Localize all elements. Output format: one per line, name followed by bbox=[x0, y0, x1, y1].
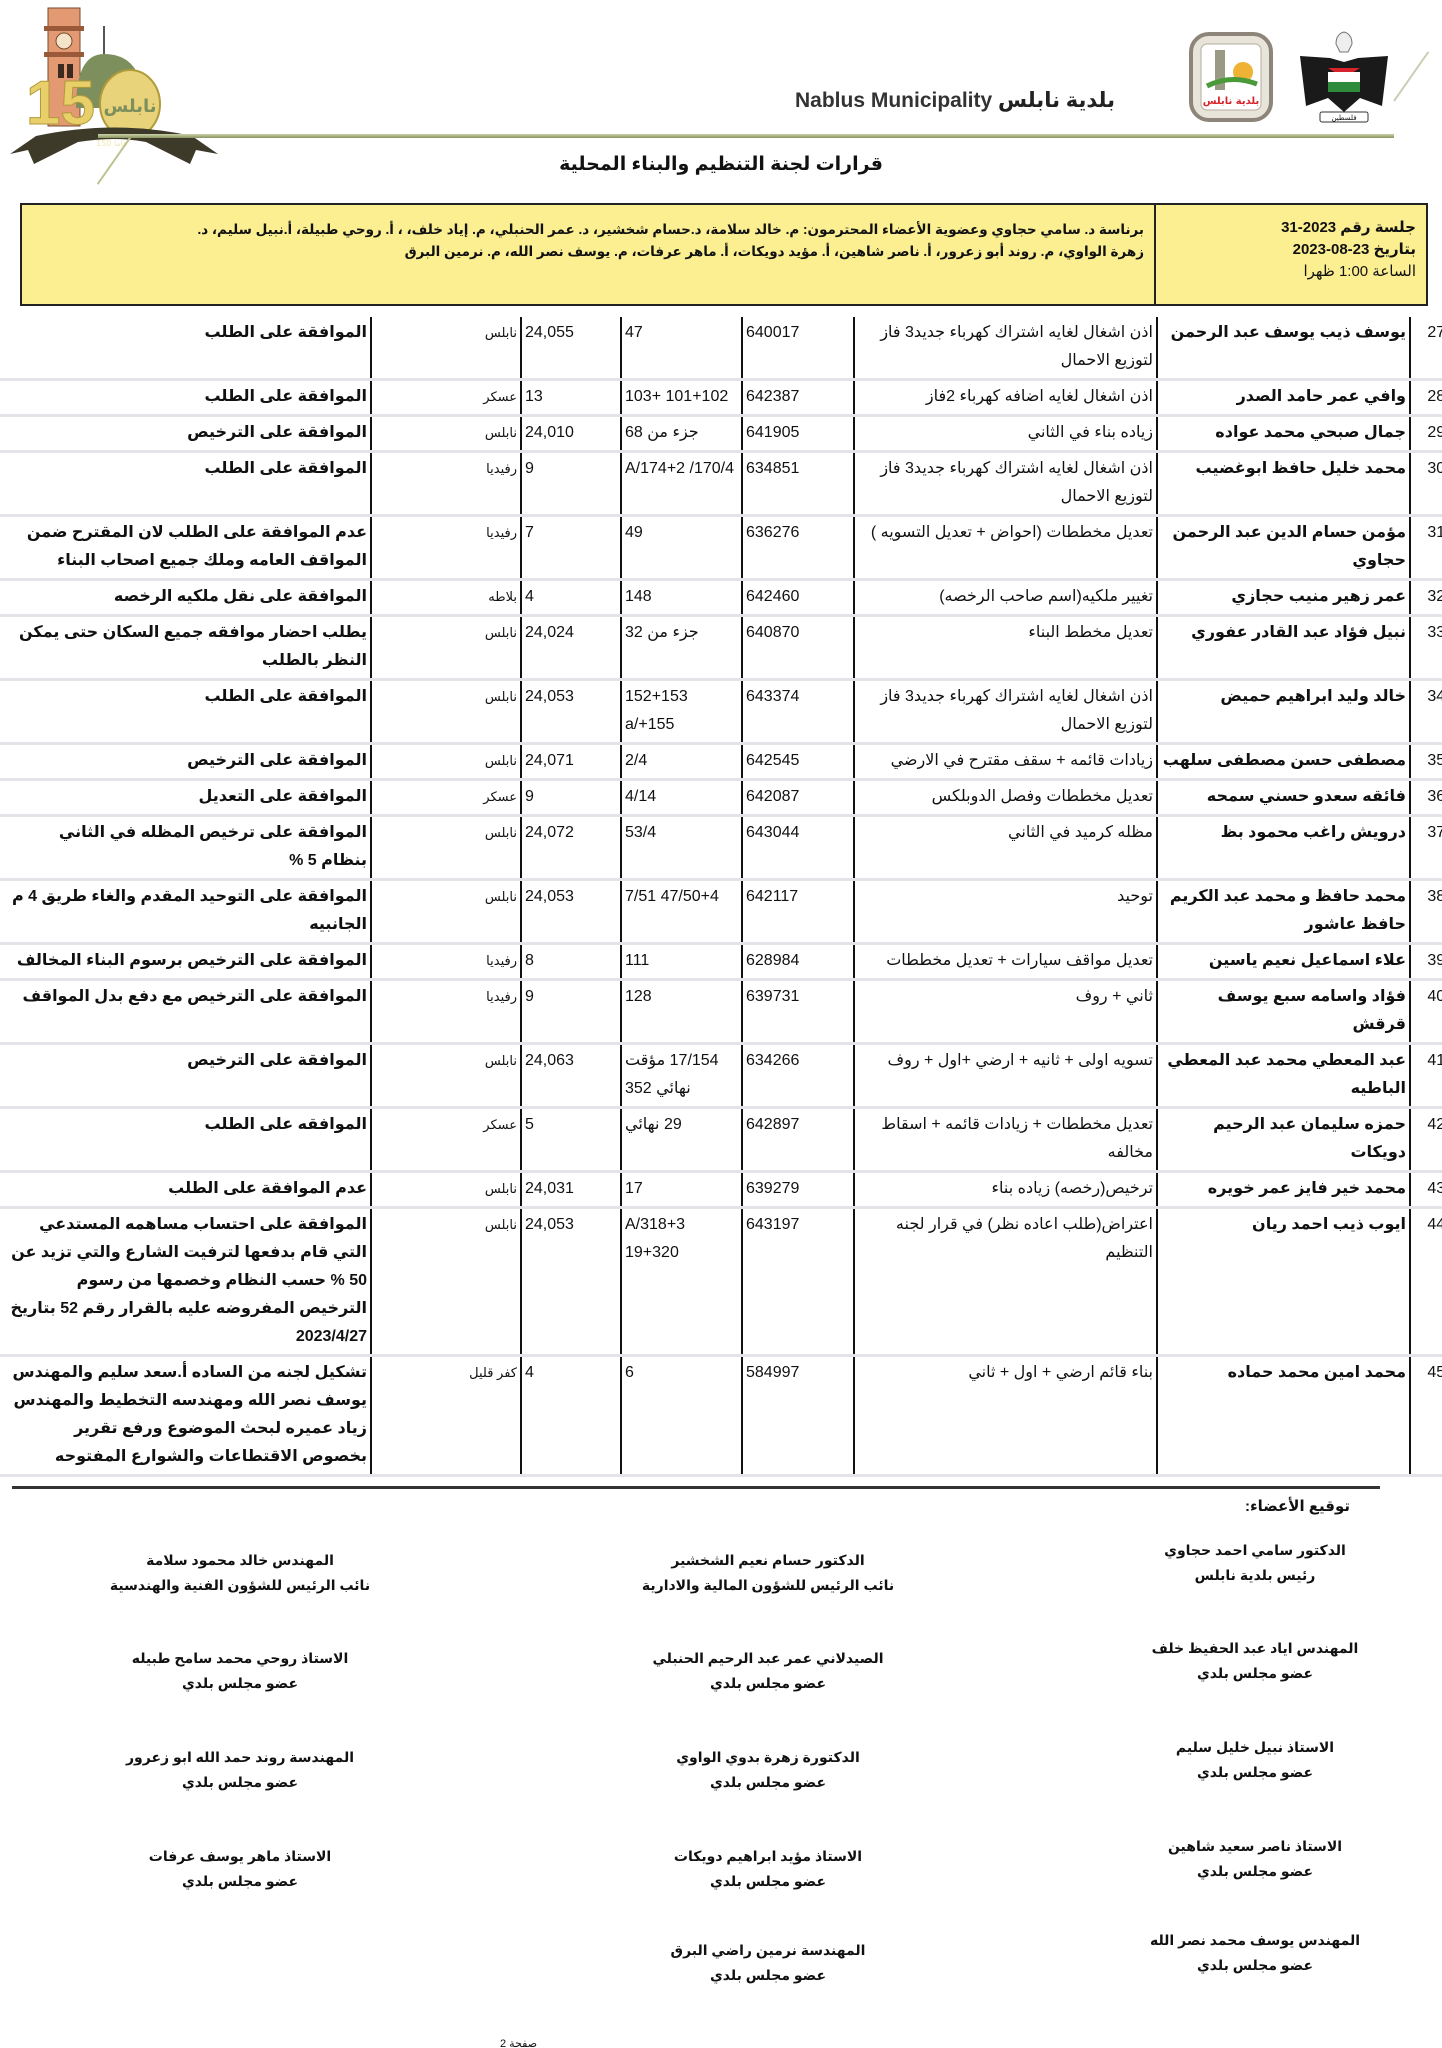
basin-number: 24,053 bbox=[521, 680, 621, 744]
applicant-name: نبيل فؤاد عبد القادر عفوري bbox=[1157, 616, 1410, 680]
basin-number: 13 bbox=[521, 380, 621, 416]
signatory-title: رئيس بلدية نابلس bbox=[1105, 1563, 1405, 1588]
session-number: جلسة رقم 2023-31 bbox=[1166, 217, 1416, 239]
signature-entry: الاستاذ ماهر يوسف عرفاتعضو مجلس بلدي bbox=[90, 1844, 390, 1894]
signatory-title: عضو مجلس بلدي bbox=[90, 1770, 390, 1795]
decision-text: تشكيل لجنه من الساده أ.سعد سليم والمهندس… bbox=[6, 1356, 371, 1476]
plot-number: A/318+3 19+320 bbox=[621, 1208, 742, 1356]
area-name: نابلس bbox=[371, 416, 521, 452]
table-row: 36فائقه سعدو حسني سمحهتعديل مخططات وفصل … bbox=[0, 780, 1442, 816]
application-number: 640870 bbox=[742, 616, 854, 680]
area-name: نابلس bbox=[371, 680, 521, 744]
decision-text: الموافقة على نقل ملكيه الرخصه bbox=[6, 580, 371, 616]
session-info-box: جلسة رقم 2023-31 بتاريخ 23-08-2023 الساع… bbox=[20, 203, 1428, 306]
basin-number: 4 bbox=[521, 580, 621, 616]
signature-entry: المهندس اياد عبد الحفيظ خلفعضو مجلس بلدي bbox=[1105, 1636, 1405, 1686]
signatory-name: المهندس اياد عبد الحفيظ خلف bbox=[1105, 1636, 1405, 1661]
page-number: صفحة 2 bbox=[500, 2037, 537, 2048]
brand-name-ar: بلدية نابلس bbox=[998, 89, 1115, 112]
area-name: رفيديا bbox=[371, 516, 521, 580]
area-name: عسكر bbox=[371, 1108, 521, 1172]
request-description: تعديل مخططات وفصل الدوبلكس bbox=[854, 780, 1157, 816]
table-row-pad bbox=[0, 380, 6, 416]
area-name: نابلس bbox=[371, 317, 521, 380]
applicant-name: فائقه سعدو حسني سمحه bbox=[1157, 780, 1410, 816]
decision-text: عدم الموافقة على الطلب bbox=[6, 1172, 371, 1208]
signatory-title: نائب الرئيس للشؤون الفنية والهندسية bbox=[90, 1573, 390, 1598]
basin-number: 7 bbox=[521, 516, 621, 580]
area-name: نابلس bbox=[371, 1044, 521, 1108]
table-row-pad bbox=[0, 680, 6, 744]
session-members-line-1: برناسة د. سامي حجاوي وعضوية الأعضاء المح… bbox=[32, 219, 1144, 241]
signature-entry: الصيدلاني عمر عبد الرحيم الحنبليعضو مجلس… bbox=[618, 1646, 918, 1696]
signatory-title: عضو مجلس بلدي bbox=[90, 1869, 390, 1894]
area-name: رفيديا bbox=[371, 452, 521, 516]
plot-number: 111 bbox=[621, 944, 742, 980]
signatory-name: الدكتورة زهرة بدوي الواوي bbox=[618, 1745, 918, 1770]
table-row: 41عبد المعطي محمد عبد المعطي الباطيهتسوي… bbox=[0, 1044, 1442, 1108]
svg-text:بلدية نابلس: بلدية نابلس bbox=[1203, 96, 1259, 107]
request-description: تعديل مواقف سيارات + تعديل مخططات bbox=[854, 944, 1157, 980]
signatory-name: الاستاذ روحي محمد سامح طبيله bbox=[90, 1646, 390, 1671]
basin-number: 24,071 bbox=[521, 744, 621, 780]
applicant-name: درويش راغب محمود بظ bbox=[1157, 816, 1410, 880]
signatory-title: عضو مجلس بلدي bbox=[1105, 1953, 1405, 1978]
plot-number: 17 bbox=[621, 1172, 742, 1208]
document-title: قرارات لجنة التنظيم والبناء المحلية bbox=[0, 153, 1442, 176]
signature-entry: الاستاذ ناصر سعيد شاهينعضو مجلس بلدي bbox=[1105, 1834, 1405, 1884]
brand-name-en: Nablus Municipality bbox=[795, 89, 992, 112]
application-number: 643374 bbox=[742, 680, 854, 744]
plot-number: 152+153 a/+155 bbox=[621, 680, 742, 744]
area-name: بلاطه bbox=[371, 580, 521, 616]
signatory-name: الاستاذ ماهر يوسف عرفات bbox=[90, 1844, 390, 1869]
row-number: 43 bbox=[1410, 1172, 1442, 1208]
row-number: 35 bbox=[1410, 744, 1442, 780]
table-row-pad bbox=[0, 1208, 6, 1356]
request-description: اذن اشغال لغايه اضافه كهرباء 2فاز bbox=[854, 380, 1157, 416]
brand-name: بلدية نابلس Nablus Municipality bbox=[795, 88, 1115, 113]
signature-entry: المهندسة روند حمد الله ابو زعرورعضو مجلس… bbox=[90, 1745, 390, 1795]
palestine-eagle-emblem-icon: فلسطين bbox=[1290, 28, 1398, 126]
row-number: 38 bbox=[1410, 880, 1442, 944]
request-description: تعديل مخططات (احواض + تعديل التسويه ) bbox=[854, 516, 1157, 580]
header-rule bbox=[98, 134, 1394, 138]
table-row-pad bbox=[0, 516, 6, 580]
applicant-name: مصطفى حسن مصطفى سلهب bbox=[1157, 744, 1410, 780]
signatory-title: عضو مجلس بلدي bbox=[90, 1671, 390, 1696]
signatures-divider bbox=[12, 1486, 1380, 1489]
applicant-name: محمد امين محمد حماده bbox=[1157, 1356, 1410, 1476]
decision-text: الموافقة على الترخيص bbox=[6, 416, 371, 452]
application-number: 639731 bbox=[742, 980, 854, 1044]
basin-number: 9 bbox=[521, 980, 621, 1044]
decision-text: الموافقه على الطلب bbox=[6, 1108, 371, 1172]
application-number: 642897 bbox=[742, 1108, 854, 1172]
decision-text: الموافقة على الترخيص bbox=[6, 1044, 371, 1108]
signatory-name: الدكتور حسام نعيم الشخشير bbox=[618, 1548, 918, 1573]
row-number: 33 bbox=[1410, 616, 1442, 680]
row-number: 41 bbox=[1410, 1044, 1442, 1108]
applicant-name: عبد المعطي محمد عبد المعطي الباطيه bbox=[1157, 1044, 1410, 1108]
applicant-name: محمد خير فايز عمر خويره bbox=[1157, 1172, 1410, 1208]
decision-text: الموافقة على الطلب bbox=[6, 680, 371, 744]
basin-number: 24,072 bbox=[521, 816, 621, 880]
applicant-name: خالد وليد ابراهيم حميض bbox=[1157, 680, 1410, 744]
row-number: 40 bbox=[1410, 980, 1442, 1044]
signature-entry: الاستاذ روحي محمد سامح طبيلهعضو مجلس بلد… bbox=[90, 1646, 390, 1696]
application-number: 643044 bbox=[742, 816, 854, 880]
plot-number: 2/4 bbox=[621, 744, 742, 780]
application-number: 640017 bbox=[742, 317, 854, 380]
row-number: 39 bbox=[1410, 944, 1442, 980]
plot-number: جزء من 32 bbox=[621, 616, 742, 680]
session-time: الساعة 1:00 ظهرا bbox=[1166, 261, 1416, 283]
svg-text:فلسطين: فلسطين bbox=[1331, 114, 1356, 122]
decision-text: عدم الموافقة على الطلب لان المقترح ضمن ا… bbox=[6, 516, 371, 580]
signature-entry: الاستاذ نبيل خليل سليمعضو مجلس بلدي bbox=[1105, 1735, 1405, 1785]
request-description: اذن اشغال لغايه اشتراك كهرباء جديد3 فاز … bbox=[854, 452, 1157, 516]
signatory-title: عضو مجلس بلدي bbox=[618, 1770, 918, 1795]
table-row-pad bbox=[0, 944, 6, 980]
request-description: زياده بناء في الثاني bbox=[854, 416, 1157, 452]
request-description: بناء قائم ارضي + اول + ثاني bbox=[854, 1356, 1157, 1476]
decision-text: الموافقة على الترخيص bbox=[6, 744, 371, 780]
request-description: ثاني + روف bbox=[854, 980, 1157, 1044]
applicant-name: محمد حافظ و محمد عبد الكريم حافظ عاشور bbox=[1157, 880, 1410, 944]
signature-entry: الدكتورة زهرة بدوي الواويعضو مجلس بلدي bbox=[618, 1745, 918, 1795]
applicant-name: علاء اسماعيل نعيم ياسين bbox=[1157, 944, 1410, 980]
application-number: 639279 bbox=[742, 1172, 854, 1208]
plot-number: A/174+2 /170/4 bbox=[621, 452, 742, 516]
row-number: 31 bbox=[1410, 516, 1442, 580]
application-number: 641905 bbox=[742, 416, 854, 452]
applicant-name: ايوب ذيب احمد ريان bbox=[1157, 1208, 1410, 1356]
signatory-title: عضو مجلس بلدي bbox=[618, 1963, 918, 1988]
row-number: 28 bbox=[1410, 380, 1442, 416]
row-number: 30 bbox=[1410, 452, 1442, 516]
row-number: 44 bbox=[1410, 1208, 1442, 1356]
table-row: 44ايوب ذيب احمد رياناعتراض(طلب اعاده نظر… bbox=[0, 1208, 1442, 1356]
basin-number: 9 bbox=[521, 452, 621, 516]
row-number: 34 bbox=[1410, 680, 1442, 744]
row-number: 29 bbox=[1410, 416, 1442, 452]
signatory-name: الدكتور سامي احمد حجاوي bbox=[1105, 1538, 1405, 1563]
decision-text: الموافقة على الترخيص مع دفع بدل المواقف bbox=[6, 980, 371, 1044]
row-number: 42 bbox=[1410, 1108, 1442, 1172]
table-row: 38محمد حافظ و محمد عبد الكريم حافظ عاشور… bbox=[0, 880, 1442, 944]
applicant-name: وافي عمر حامد الصدر bbox=[1157, 380, 1410, 416]
applicant-name: حمزه سليمان عبد الرحيم دويكات bbox=[1157, 1108, 1410, 1172]
decision-text: الموافقة على الطلب bbox=[6, 452, 371, 516]
row-number: 27 bbox=[1410, 317, 1442, 380]
area-name: رفيديا bbox=[371, 980, 521, 1044]
area-name: نابلس bbox=[371, 880, 521, 944]
area-name: نابلس bbox=[371, 816, 521, 880]
area-name: نابلس bbox=[371, 1208, 521, 1356]
header-decor-line bbox=[1393, 51, 1429, 101]
area-name: نابلس bbox=[371, 744, 521, 780]
decision-text: الموافقة على التعديل bbox=[6, 780, 371, 816]
application-number: 634851 bbox=[742, 452, 854, 516]
table-row: 30محمد خليل حافظ ابوغضيباذن اشغال لغايه … bbox=[0, 452, 1442, 516]
decision-text: يطلب احضار موافقه جميع السكان حتى يمكن ا… bbox=[6, 616, 371, 680]
application-number: 643197 bbox=[742, 1208, 854, 1356]
applicant-name: مؤمن حسام الدين عبد الرحمن حجاوي bbox=[1157, 516, 1410, 580]
basin-number: 9 bbox=[521, 780, 621, 816]
signatory-title: عضو مجلس بلدي bbox=[618, 1671, 918, 1696]
page-header: 15 نابلس 150 عاما بلدية نابلس Nablus Mun… bbox=[0, 0, 1442, 185]
basin-number: 4 bbox=[521, 1356, 621, 1476]
signatures-heading: توقيع الأعضاء: bbox=[1245, 1497, 1350, 1515]
row-number: 32 bbox=[1410, 580, 1442, 616]
table-row: 42حمزه سليمان عبد الرحيم دويكاتتعديل مخط… bbox=[0, 1108, 1442, 1172]
row-number: 36 bbox=[1410, 780, 1442, 816]
decision-text: الموافقة على ترخيص المظله في الثاني بنظا… bbox=[6, 816, 371, 880]
area-name: عسكر bbox=[371, 780, 521, 816]
plot-number: 17/154 مؤقت نهائي 352 bbox=[621, 1044, 742, 1108]
table-row: 32عمر زهير منيب حجازيتغيير ملكيه(اسم صاح… bbox=[0, 580, 1442, 616]
session-members: برناسة د. سامي حجاوي وعضوية الأعضاء المح… bbox=[22, 205, 1154, 304]
signature-entry: المهندس خالد محمود سلامةنائب الرئيس للشؤ… bbox=[90, 1548, 390, 1598]
table-row: 29جمال صبحي محمد عوادهزياده بناء في الثا… bbox=[0, 416, 1442, 452]
area-name: كفر قليل bbox=[371, 1356, 521, 1476]
basin-number: 24,031 bbox=[521, 1172, 621, 1208]
table-row-pad bbox=[0, 416, 6, 452]
plot-number: 49 bbox=[621, 516, 742, 580]
session-members-line-2: زهرة الواوي، م. روند أبو زعرور، أ. ناصر … bbox=[32, 241, 1144, 263]
basin-number: 24,024 bbox=[521, 616, 621, 680]
application-number: 634266 bbox=[742, 1044, 854, 1108]
decision-text: الموافقة على احتساب مساهمه المستدعي التي… bbox=[6, 1208, 371, 1356]
table-row: 33نبيل فؤاد عبد القادر عفوريتعديل مخطط ا… bbox=[0, 616, 1442, 680]
request-description: مظله كرميد في الثاني bbox=[854, 816, 1157, 880]
area-name: نابلس bbox=[371, 616, 521, 680]
application-number: 642460 bbox=[742, 580, 854, 616]
application-number: 636276 bbox=[742, 516, 854, 580]
table-row-pad bbox=[0, 1172, 6, 1208]
table-row-pad bbox=[0, 880, 6, 944]
session-meta: جلسة رقم 2023-31 بتاريخ 23-08-2023 الساع… bbox=[1154, 205, 1426, 304]
table-row-pad bbox=[0, 816, 6, 880]
table-row-pad bbox=[0, 1356, 6, 1476]
table-row-pad bbox=[0, 317, 6, 380]
signatory-title: عضو مجلس بلدي bbox=[618, 1869, 918, 1894]
applicant-name: جمال صبحي محمد عواده bbox=[1157, 416, 1410, 452]
basin-number: 24,010 bbox=[521, 416, 621, 452]
signatory-title: نائب الرئيس للشؤون المالية والادارية bbox=[618, 1573, 918, 1598]
signature-entry: الاستاذ مؤيد ابراهيم دويكاتعضو مجلس بلدي bbox=[618, 1844, 918, 1894]
application-number: 628984 bbox=[742, 944, 854, 980]
signatory-name: المهندس يوسف محمد نصر الله bbox=[1105, 1928, 1405, 1953]
request-description: تعديل مخططات + زيادات قائمه + اسقاط مخال… bbox=[854, 1108, 1157, 1172]
table-row-pad bbox=[0, 780, 6, 816]
request-description: ترخيص(رخصه) زياده بناء bbox=[854, 1172, 1157, 1208]
signatory-title: عضو مجلس بلدي bbox=[1105, 1859, 1405, 1884]
decision-text: الموافقة على الترخيص برسوم البناء المخال… bbox=[6, 944, 371, 980]
signatory-name: الاستاذ نبيل خليل سليم bbox=[1105, 1735, 1405, 1760]
application-number: 642387 bbox=[742, 380, 854, 416]
basin-number: 24,053 bbox=[521, 880, 621, 944]
table-row-pad bbox=[0, 980, 6, 1044]
application-number: 642117 bbox=[742, 880, 854, 944]
table-row-pad bbox=[0, 744, 6, 780]
decisions-table-body: 27يوسف ذيب يوسف عبد الرحمناذن اشغال لغاي… bbox=[0, 317, 1442, 1476]
plot-number: 47/50+4 7/51 bbox=[621, 880, 742, 944]
row-number: 45 bbox=[1410, 1356, 1442, 1476]
signature-entry: الدكتور سامي احمد حجاويرئيس بلدية نابلس bbox=[1105, 1538, 1405, 1588]
area-name: رفيديا bbox=[371, 944, 521, 980]
decisions-table: 27يوسف ذيب يوسف عبد الرحمناذن اشغال لغاي… bbox=[0, 317, 1442, 1477]
basin-number: 8 bbox=[521, 944, 621, 980]
table-row: 35مصطفى حسن مصطفى سلهبزيادات قائمه + سقف… bbox=[0, 744, 1442, 780]
table-row: 34خالد وليد ابراهيم حميضاذن اشغال لغايه … bbox=[0, 680, 1442, 744]
request-description: اعتراض(طلب اعاده نظر) في قرار لجنه التنظ… bbox=[854, 1208, 1157, 1356]
basin-number: 24,055 bbox=[521, 317, 621, 380]
applicant-name: يوسف ذيب يوسف عبد الرحمن bbox=[1157, 317, 1410, 380]
table-row-pad bbox=[0, 1044, 6, 1108]
signatory-title: عضو مجلس بلدي bbox=[1105, 1760, 1405, 1785]
table-row-pad bbox=[0, 452, 6, 516]
plot-number: 101+102 +103 bbox=[621, 380, 742, 416]
signatory-name: المهندسة نرمين راضي البرق bbox=[618, 1938, 918, 1963]
request-description: توحيد bbox=[854, 880, 1157, 944]
table-row: 37درويش راغب محمود بظمظله كرميد في الثان… bbox=[0, 816, 1442, 880]
table-row: 28وافي عمر حامد الصدراذن اشغال لغايه اضا… bbox=[0, 380, 1442, 416]
nablus-150-years-logo-icon: 15 نابلس 150 عاما bbox=[6, 4, 226, 174]
applicant-name: عمر زهير منيب حجازي bbox=[1157, 580, 1410, 616]
table-row: 31مؤمن حسام الدين عبد الرحمن حجاويتعديل … bbox=[0, 516, 1442, 580]
table-row: 39علاء اسماعيل نعيم ياسينتعديل مواقف سيا… bbox=[0, 944, 1442, 980]
signatory-name: الاستاذ ناصر سعيد شاهين bbox=[1105, 1834, 1405, 1859]
basin-number: 24,063 bbox=[521, 1044, 621, 1108]
application-number: 642087 bbox=[742, 780, 854, 816]
request-description: تسويه اولى + ثانيه + ارضي +اول + روف bbox=[854, 1044, 1157, 1108]
svg-text:نابلس: نابلس bbox=[103, 96, 156, 117]
decision-text: الموافقة على الطلب bbox=[6, 317, 371, 380]
plot-number: 47 bbox=[621, 317, 742, 380]
signatory-title: عضو مجلس بلدي bbox=[1105, 1661, 1405, 1686]
table-row-pad bbox=[0, 1108, 6, 1172]
row-number: 37 bbox=[1410, 816, 1442, 880]
request-description: اذن اشغال لغايه اشتراك كهرباء جديد3 فاز … bbox=[854, 680, 1157, 744]
applicant-name: فؤاد واسامه سبع يوسف قرقش bbox=[1157, 980, 1410, 1044]
plot-number: 128 bbox=[621, 980, 742, 1044]
table-row: 45محمد امين محمد حمادهبناء قائم ارضي + ا… bbox=[0, 1356, 1442, 1476]
decision-text: الموافقة على التوحيد المقدم والغاء طريق … bbox=[6, 880, 371, 944]
area-name: عسكر bbox=[371, 380, 521, 416]
signatory-name: الاستاذ مؤيد ابراهيم دويكات bbox=[618, 1844, 918, 1869]
request-description: اذن اشغال لغايه اشتراك كهرباء جديد3 فاز … bbox=[854, 317, 1157, 380]
signatory-name: المهندس خالد محمود سلامة bbox=[90, 1548, 390, 1573]
request-description: زيادات قائمه + سقف مقترح في الارضي bbox=[854, 744, 1157, 780]
area-name: نابلس bbox=[371, 1172, 521, 1208]
svg-text:15: 15 bbox=[26, 69, 95, 138]
table-row: 40فؤاد واسامه سبع يوسف قرقشثاني + روف639… bbox=[0, 980, 1442, 1044]
table-row-pad bbox=[0, 616, 6, 680]
plot-number: 148 bbox=[621, 580, 742, 616]
signatory-name: الصيدلاني عمر عبد الرحيم الحنبلي bbox=[618, 1646, 918, 1671]
request-description: تعديل مخطط البناء bbox=[854, 616, 1157, 680]
plot-number: 6 bbox=[621, 1356, 742, 1476]
nablus-municipality-crest-icon: بلدية نابلس bbox=[1177, 28, 1285, 126]
signature-entry: الدكتور حسام نعيم الشخشيرنائب الرئيس للش… bbox=[618, 1548, 918, 1598]
plot-number: 29 نهائي bbox=[621, 1108, 742, 1172]
basin-number: 5 bbox=[521, 1108, 621, 1172]
applicant-name: محمد خليل حافظ ابوغضيب bbox=[1157, 452, 1410, 516]
plot-number: 53/4 bbox=[621, 816, 742, 880]
request-description: تغيير ملكيه(اسم صاحب الرخصه) bbox=[854, 580, 1157, 616]
basin-number: 24,053 bbox=[521, 1208, 621, 1356]
plot-number: جزء من 68 bbox=[621, 416, 742, 452]
application-number: 584997 bbox=[742, 1356, 854, 1476]
signature-entry: المهندسة نرمين راضي البرقعضو مجلس بلدي bbox=[618, 1938, 918, 1988]
table-row: 27يوسف ذيب يوسف عبد الرحمناذن اشغال لغاي… bbox=[0, 317, 1442, 380]
session-date: بتاريخ 23-08-2023 bbox=[1166, 239, 1416, 261]
application-number: 642545 bbox=[742, 744, 854, 780]
signatory-name: المهندسة روند حمد الله ابو زعرور bbox=[90, 1745, 390, 1770]
plot-number: 4/14 bbox=[621, 780, 742, 816]
decision-text: الموافقة على الطلب bbox=[6, 380, 371, 416]
table-row-pad bbox=[0, 580, 6, 616]
signature-entry: المهندس يوسف محمد نصر اللهعضو مجلس بلدي bbox=[1105, 1928, 1405, 1978]
table-row: 43محمد خير فايز عمر خويرهترخيص(رخصه) زيا… bbox=[0, 1172, 1442, 1208]
